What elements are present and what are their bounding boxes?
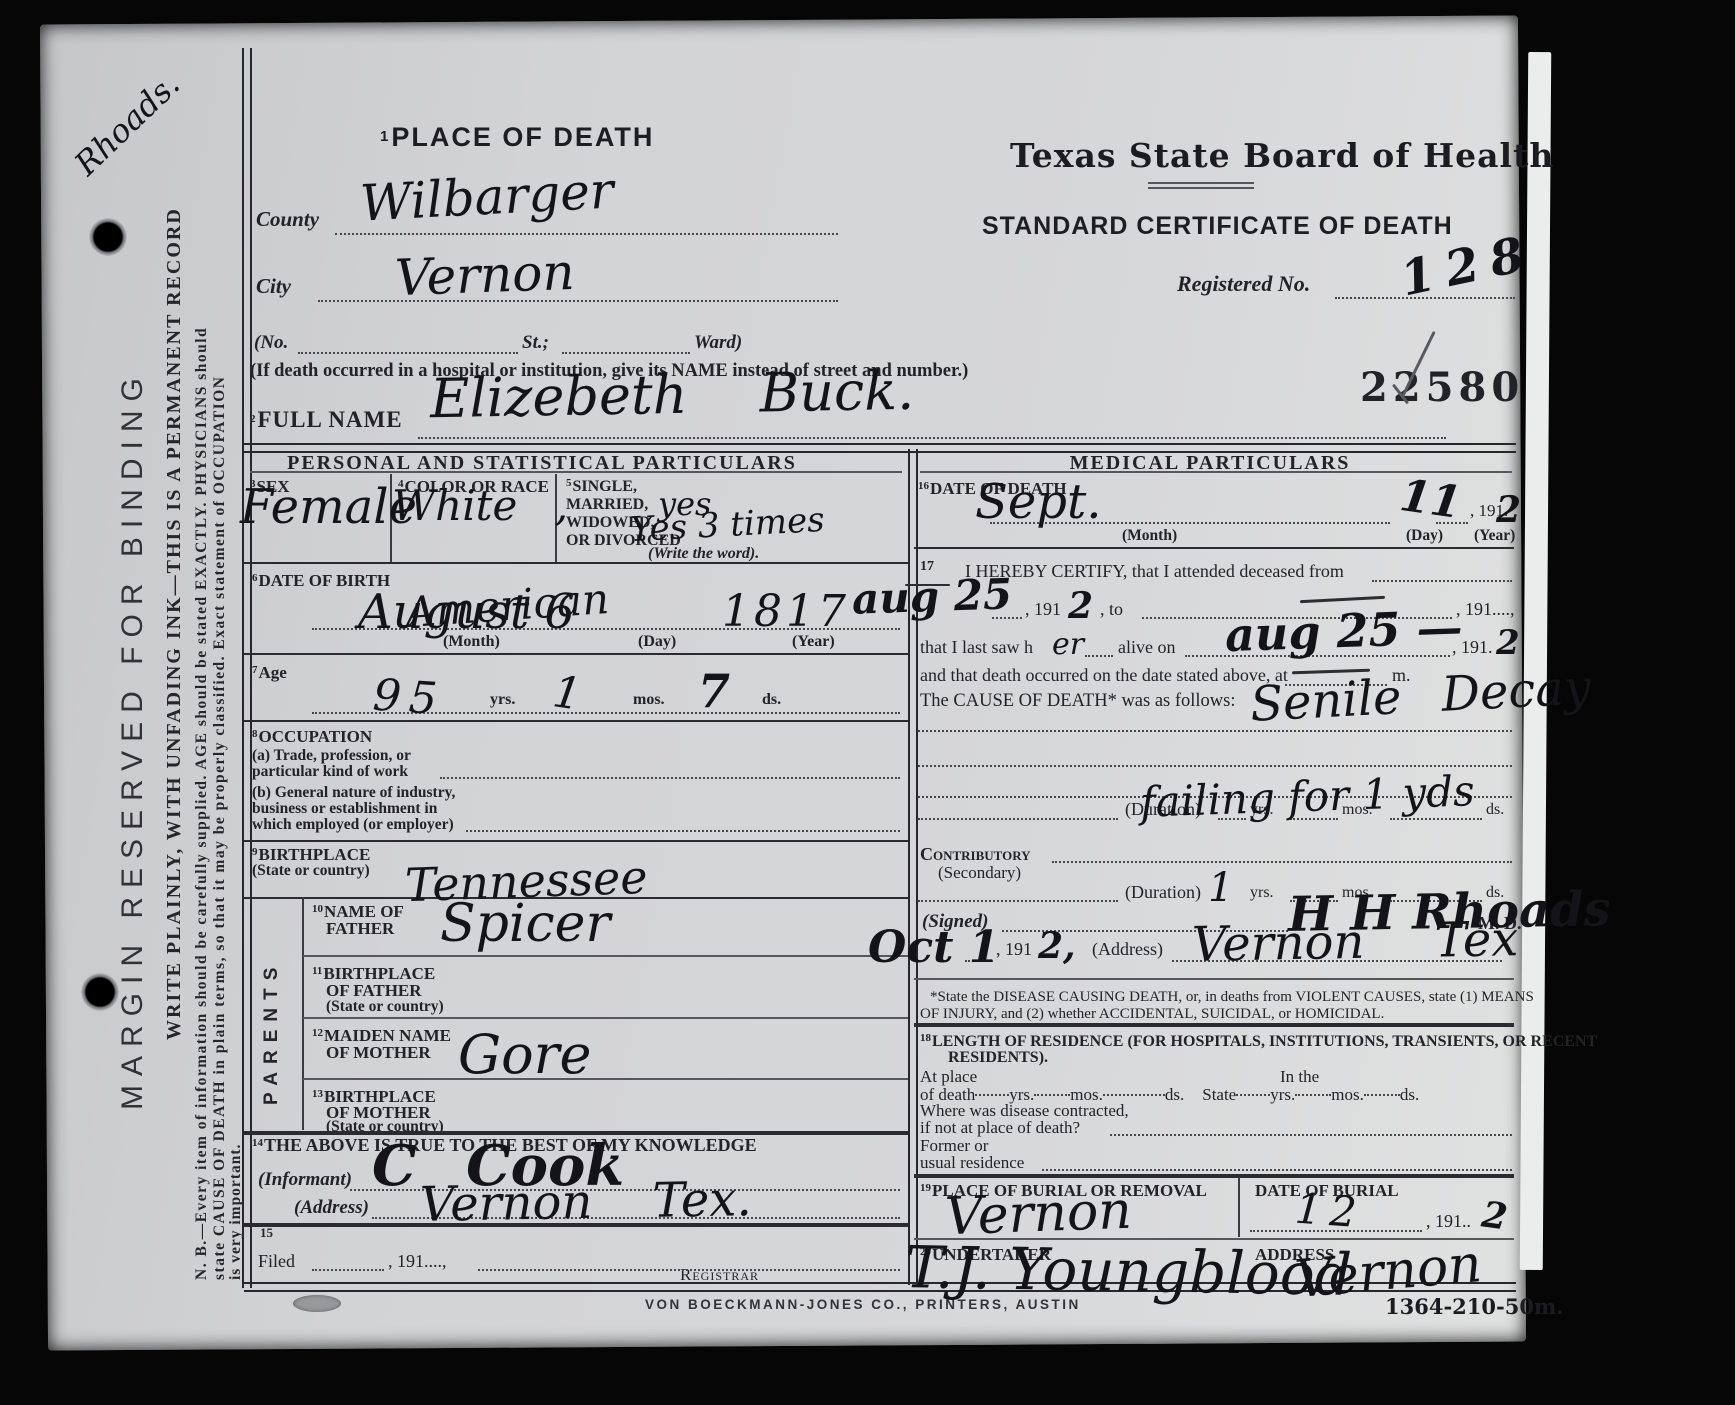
burial-year-printed: , 191..	[1426, 1212, 1471, 1231]
street-ward-dots	[562, 352, 690, 354]
occupation-a-dots	[440, 777, 900, 779]
street-no-label: (No.	[254, 333, 288, 353]
board-underline-1	[1148, 182, 1254, 184]
residence-rule	[914, 1174, 1514, 1178]
occupation-b-dots	[466, 830, 900, 832]
lastsaw-year-hw: 2	[1496, 626, 1520, 660]
margin-permanent-text: WRITE PLAINLY, WITH UNFADING INK—THIS IS…	[164, 135, 188, 1040]
fullname-dots	[418, 437, 1446, 439]
dotted-leader	[1364, 1092, 1400, 1096]
margin-nb-line2: state CAUSE OF DEATH in plain terms, so …	[212, 115, 230, 1280]
footnote-line2: OF INJURY, and (2) whether ACCIDENTAL, S…	[920, 1007, 1384, 1023]
mother-name-rule	[303, 1078, 908, 1080]
marital-value-2: Yes 3 times	[629, 503, 825, 547]
burial-year-hw: 2	[1480, 1196, 1510, 1235]
street-ward-label: Ward)	[694, 333, 742, 353]
cause-dots-1	[918, 730, 1512, 732]
stamp-number: 22580	[1360, 364, 1524, 411]
at-place-label: At place	[920, 1068, 977, 1086]
father-name-value: Spicer	[440, 898, 610, 950]
lastsaw-text: that I last saw h	[920, 638, 1033, 657]
filed-year: , 191....,	[388, 1252, 447, 1271]
duration-dots-d	[1390, 818, 1482, 820]
dod-month-value: Sept.	[975, 478, 1102, 526]
dotted-leader	[1103, 1092, 1165, 1096]
occupation-rule	[244, 840, 908, 842]
place-of-death-title: 1PLACE OF DEATH	[380, 122, 654, 153]
lastsaw-dots-1	[1085, 655, 1113, 657]
fifteen-sup: 15	[260, 1226, 273, 1240]
county-label: County	[256, 208, 319, 230]
occupation-b1: (b) General nature of industry,	[252, 785, 455, 801]
race-value: White ,	[392, 485, 568, 527]
margin-binding-text: MARGIN RESERVED FOR BINDING	[118, 420, 154, 1110]
place-sup: 1	[380, 128, 390, 145]
lastsaw-er: er	[1052, 630, 1084, 660]
age-years-value: 95	[372, 674, 447, 723]
form-left-border	[242, 48, 252, 1288]
signed-rule	[914, 978, 1514, 980]
duration2-yrs: yrs.	[1250, 885, 1274, 902]
sex-value: Female	[240, 483, 417, 531]
occupation-label: 8OCCUPATION	[252, 728, 372, 746]
from-year-printed: , 191	[1025, 600, 1061, 619]
county-value: Wilbarger	[359, 165, 615, 228]
from-year-hw: 2	[1068, 588, 1093, 624]
scan-stage: Rhoads. MARGIN RESERVED FOR BINDING WRIT…	[0, 0, 1735, 1405]
dod-year-hw: 2	[1496, 492, 1521, 528]
age-label: 7Age	[252, 664, 287, 682]
dod-month-sub: (Month)	[1122, 528, 1177, 544]
burial-date-value: 12	[1294, 1188, 1366, 1235]
age-mos-label: mos.	[633, 692, 665, 709]
physician-address-value: Vernon Tex	[1192, 915, 1519, 969]
cause-dots-2	[918, 765, 1512, 767]
informant-label: (Informant)	[258, 1170, 352, 1190]
former-dots	[1042, 1169, 1512, 1171]
certify-dots	[1372, 580, 1512, 582]
certificate-title: STANDARD CERTIFICATE OF DEATH	[982, 212, 1453, 241]
dod-day-value: 11	[1397, 474, 1464, 526]
mother-name-label2: OF MOTHER	[326, 1044, 431, 1062]
dob-value: August 6	[358, 588, 575, 636]
fullname-label: 2FULL NAME	[250, 408, 403, 432]
contrib-duration-value: 1	[1208, 868, 1233, 908]
informant-address-label: (Address)	[294, 1198, 369, 1218]
signed-date-value: Oct 1	[868, 926, 999, 970]
street-st-label: St.;	[522, 333, 549, 353]
duration2-label: (Duration)	[1125, 883, 1201, 902]
contributory-dots	[1052, 861, 1512, 863]
father-name-label2: FATHER	[326, 920, 394, 938]
footnote-rule	[914, 1023, 1514, 1027]
dob-day-sub: (Day)	[638, 634, 676, 651]
filed-dots-1	[312, 1269, 384, 1271]
left-title-underline	[250, 471, 902, 473]
duration-ds: ds.	[1486, 802, 1504, 819]
dotted-leader	[975, 1092, 1009, 1096]
father-bp-sub: (State or country)	[326, 999, 444, 1015]
street-no-dots	[298, 352, 518, 354]
board-title: Texas State Board of Health	[1010, 136, 1554, 175]
burial-divider	[1238, 1177, 1240, 1237]
printer-union-bug	[293, 1295, 341, 1312]
age-yrs-label: yrs.	[490, 692, 515, 709]
dod-rule	[914, 547, 1514, 549]
filed-label: Filed	[258, 1252, 295, 1271]
fullname-value: Elizebeth Buck.	[430, 364, 915, 426]
occurred-text: and that death occurred on the date stat…	[920, 666, 1288, 685]
sex-row-rule	[244, 562, 908, 564]
signed-year-printed: , 191	[996, 940, 1032, 959]
contributory-label: Contributory	[920, 845, 1031, 864]
lastsaw-value: aug 25 —	[1224, 604, 1463, 658]
dob-year-value: 1817	[722, 590, 850, 634]
dob-row-rule	[244, 653, 908, 655]
father-bp-rule	[303, 1017, 908, 1019]
footnote-line1: *State the DISEASE CAUSING DEATH, or, in…	[930, 990, 1534, 1006]
punch-hole-bottom	[81, 973, 119, 1011]
occupation-a1: (a) Trade, profession, or	[252, 748, 411, 764]
duration2-dots-a	[918, 900, 1118, 902]
board-underline-2	[1148, 187, 1254, 189]
in-the-label: In the	[1280, 1068, 1319, 1086]
former-line2: usual residence	[920, 1154, 1024, 1172]
residence-label2: RESIDENTS).	[948, 1050, 1048, 1067]
occupation-b3: which employed (or employer)	[252, 817, 454, 833]
contracted-dots	[1110, 1134, 1512, 1136]
signed-address-label: (Address)	[1092, 940, 1163, 959]
certify-text: I HEREBY CERTIFY, that I attended deceas…	[965, 562, 1344, 581]
mother-name-value: Gore	[458, 1028, 591, 1082]
filed-dots-2	[478, 1269, 900, 1271]
contracted-line2: if not at place of death?	[920, 1119, 1080, 1137]
alive-on-label: alive on	[1118, 638, 1175, 657]
occupation-a2: particular kind of work	[252, 764, 408, 780]
age-days-value: 7	[698, 668, 730, 714]
duration-value: failing for 1 yds	[1139, 770, 1475, 824]
dotted-leader	[1034, 1092, 1070, 1096]
cause-label: The CAUSE OF DEATH* was as follows:	[920, 692, 1236, 711]
dotted-leader	[1236, 1092, 1270, 1096]
occupation-b2: business or establishment in	[252, 801, 437, 817]
registered-no-label: Registered No.	[1177, 272, 1310, 295]
city-value: Vernon	[394, 247, 575, 303]
parents-label: PARENTS	[262, 945, 288, 1105]
informant-address-value: Vernon Tex.	[420, 1175, 752, 1229]
to-label: , to	[1100, 600, 1123, 619]
punch-hole-top	[89, 218, 127, 256]
to-year: , 191....,	[1456, 600, 1515, 619]
dotted-leader	[1295, 1092, 1331, 1096]
margin-nb-line1: N. B.—Every item of information should b…	[194, 115, 212, 1280]
birthplace-sub: (State or country)	[252, 863, 370, 879]
secondary-label: (Secondary)	[938, 864, 1021, 882]
undertaker-value: T.J. Youngblood	[905, 1238, 1353, 1304]
attended-from-value: aug 25	[851, 573, 1013, 621]
parents-divider	[302, 897, 304, 1130]
header-bottom-rule	[244, 443, 1516, 453]
signed-year-hw: 2,	[1038, 928, 1076, 964]
duration-dots-a	[918, 818, 1118, 820]
age-ds-label: ds.	[762, 692, 781, 709]
father-name-rule	[303, 955, 908, 957]
undertaker-address-value: Vernon	[1293, 1238, 1484, 1306]
city-label: City	[256, 275, 291, 297]
marital-note: (Write the word).	[648, 546, 759, 563]
dod-day-sub: (Day)	[1406, 528, 1443, 544]
county-dotted-line	[335, 233, 838, 235]
